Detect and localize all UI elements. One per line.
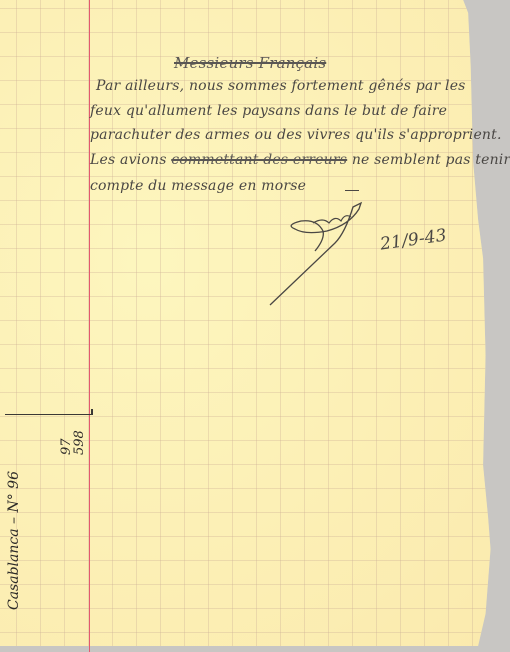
red-margin-line (89, 0, 90, 652)
closing-dash (345, 190, 359, 191)
archive-divider-tick (91, 409, 93, 415)
body-line-4-end: ne semblent pas tenir (347, 152, 510, 168)
archive-divider (5, 414, 92, 415)
paper-sheet (0, 0, 498, 646)
struck-phrase: commettant des erreurs (171, 152, 347, 168)
body-line-3: parachuter des armes ou des vivres qu'il… (90, 127, 502, 143)
body-line-4-start: Les avions (90, 152, 171, 168)
body-line-5: compte du message en morse (90, 178, 306, 194)
body-line-2: feux qu'allument les paysans dans le but… (90, 103, 447, 119)
signature-icon (265, 195, 385, 310)
archive-reference: Casablanca – N° 96 (6, 471, 22, 610)
struck-title: Messieurs Français (174, 54, 326, 72)
archive-numbers: 97 598 (60, 430, 86, 455)
body-line-1: Par ailleurs, nous sommes fortement gêné… (96, 78, 466, 94)
body-line-4: Les avions commettant des erreurs ne sem… (90, 152, 510, 168)
archive-number-2: 598 (73, 430, 86, 455)
